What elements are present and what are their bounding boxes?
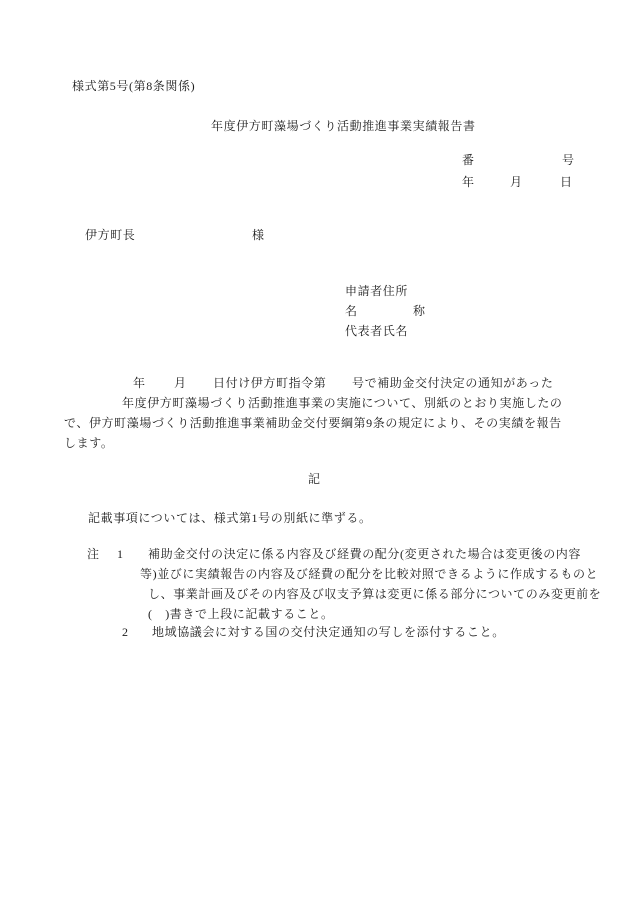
applicant-name-label-left: 名	[345, 303, 358, 319]
addressee-name: 伊方町長	[85, 227, 135, 243]
note-item2-number: 2	[122, 624, 129, 640]
body-line1-number-part: 号で補助金交付決定の通知があった	[352, 375, 553, 391]
ki-heading: 記	[308, 471, 321, 487]
date-month-label: 月	[510, 174, 523, 190]
note-item2-line1: 地域協議会に対する国の交付決定通知の写しを添付すること。	[152, 624, 505, 640]
body-line1-day-part: 日付け伊方町指令第	[213, 375, 326, 391]
note-item1-number: 1	[117, 546, 124, 562]
applicant-representative-label: 代表者氏名	[345, 323, 408, 339]
note-item1-line2: 等)並びに実績報告の内容及び経費の配分を比較対照できるように作成するものと	[140, 566, 598, 582]
notes-label: 注	[87, 546, 100, 562]
date-year-label: 年	[462, 174, 475, 190]
body-line1-month: 月	[174, 375, 187, 391]
note-item1-line1: 補助金交付の決定に係る内容及び経費の配分(変更された場合は変更後の内容	[148, 546, 581, 562]
body-line1-year: 年	[133, 375, 146, 391]
body-line3: で、伊方町藻場づくり活動推進事業補助金交付要綱第9条の規定により、その実績を報告	[64, 415, 562, 431]
doc-number-go-label: 号	[562, 152, 575, 168]
note-sentence: 記載事項については、様式第1号の別紙に準ずる。	[88, 510, 372, 526]
doc-number-ban-label: 番	[462, 152, 475, 168]
document-page: 様式第5号(第8条関係) 年度伊方町藻場づくり活動推進事業実績報告書 番 号 年…	[0, 0, 630, 903]
note-item1-line3: し、事業計画及びその内容及び収支予算は変更に係る部分についてのみ変更前を	[148, 586, 601, 602]
date-day-label: 日	[560, 174, 573, 190]
body-line2: 年度伊方町藻場づくり活動推進事業の実施について、別紙のとおり実施したの	[122, 395, 563, 411]
addressee-honorific: 様	[252, 227, 265, 243]
applicant-name-label-right: 称	[413, 303, 426, 319]
form-number: 様式第5号(第8条関係)	[72, 78, 195, 94]
note-item1-line4: ( )書きで上段に記載すること。	[148, 606, 334, 622]
applicant-address-label: 申請者住所	[345, 283, 408, 299]
body-line4: します。	[64, 435, 113, 451]
document-title: 年度伊方町藻場づくり活動推進事業実績報告書	[211, 118, 476, 134]
